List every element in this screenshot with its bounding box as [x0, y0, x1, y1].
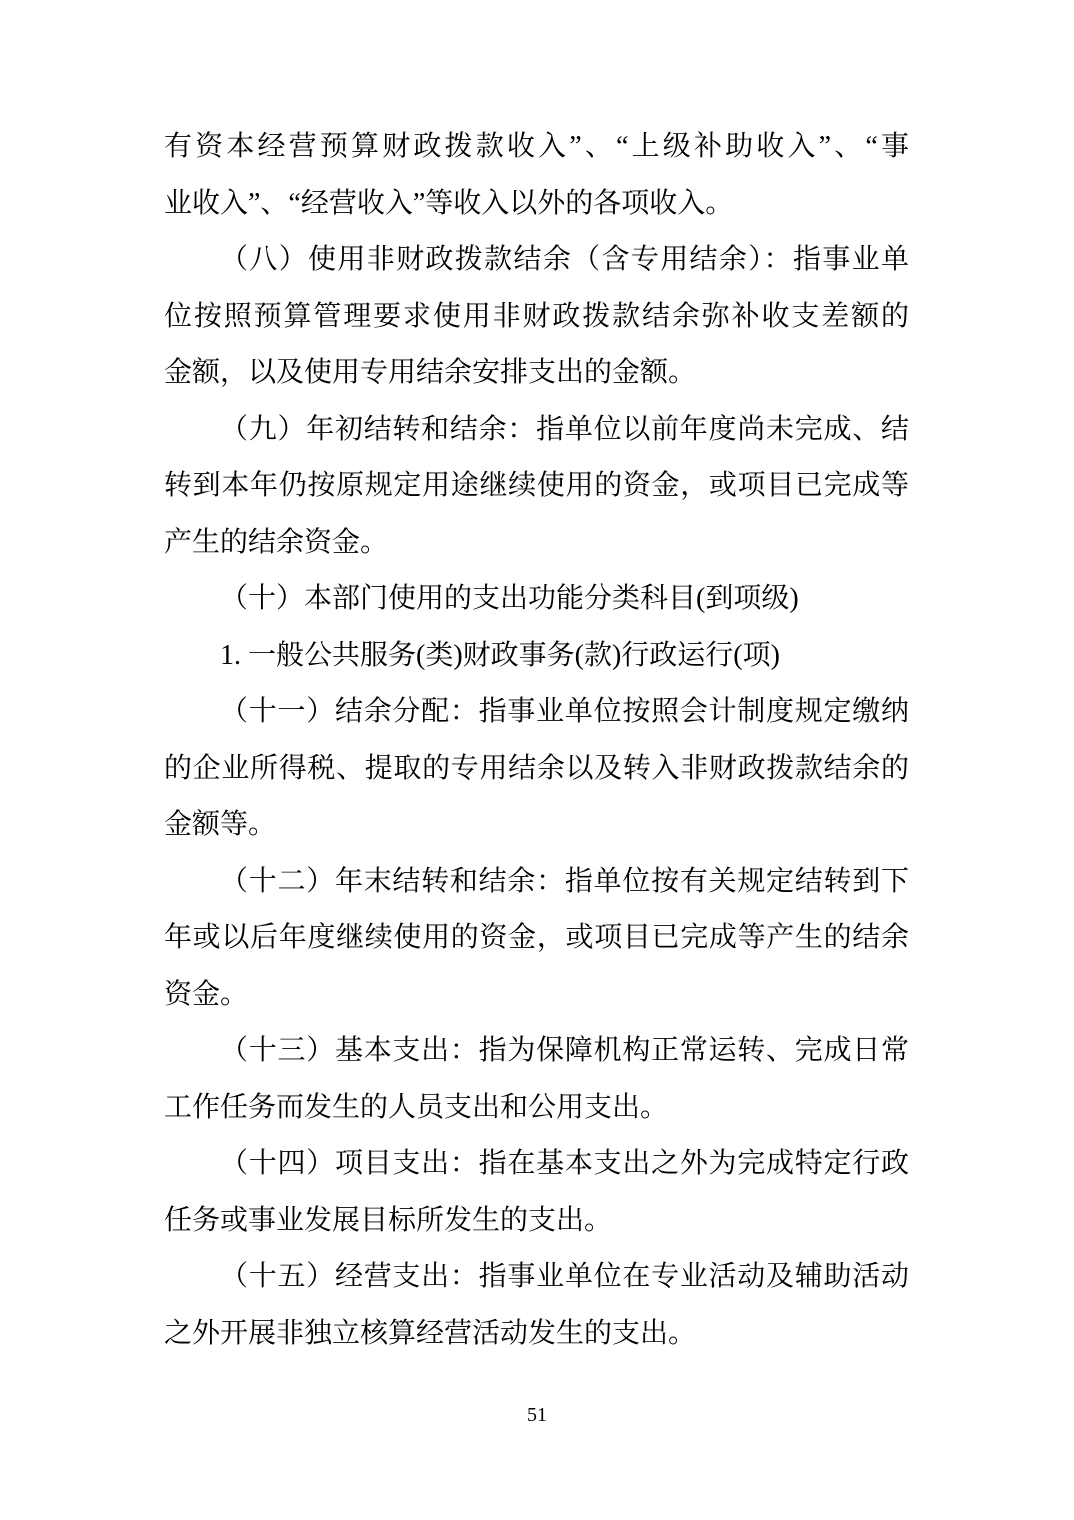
text-line: （十五）经营支出：指事业单位在专业活动及辅助活动	[164, 1249, 909, 1306]
paragraph-sub-item-1: 1. 一般公共服务(类)财政事务(款)行政运行(项)	[164, 628, 909, 685]
text-line: 1. 一般公共服务(类)财政事务(款)行政运行(项)	[164, 628, 909, 685]
text-line: （十三）基本支出：指为保障机构正常运转、完成日常	[164, 1023, 909, 1080]
text-line: 有资本经营预算财政拨款收入”、“上级补助收入”、“事	[164, 119, 909, 176]
text-line: 金额，以及使用专用结余安排支出的金额。	[164, 345, 909, 402]
text-line: （十一）结余分配：指事业单位按照会计制度规定缴纳	[164, 684, 909, 741]
text-line: 的企业所得税、提取的专用结余以及转入非财政拨款结余的	[164, 741, 909, 798]
text-line: 产生的结余资金。	[164, 515, 909, 572]
text-line: 之外开展非独立核算经营活动发生的支出。	[164, 1306, 909, 1363]
text-line: 任务或事业发展目标所发生的支出。	[164, 1193, 909, 1250]
paragraph-item-14: （十四）项目支出：指在基本支出之外为完成特定行政 任务或事业发展目标所发生的支出…	[164, 1136, 909, 1249]
text-line: （十四）项目支出：指在基本支出之外为完成特定行政	[164, 1136, 909, 1193]
paragraph-item-10: （十）本部门使用的支出功能分类科目(到项级)	[164, 571, 909, 628]
page-number: 51	[0, 1402, 1074, 1428]
text-line: 工作任务而发生的人员支出和公用支出。	[164, 1080, 909, 1137]
text-line: 业收入”、“经营收入”等收入以外的各项收入。	[164, 176, 909, 233]
paragraph-item-13: （十三）基本支出：指为保障机构正常运转、完成日常 工作任务而发生的人员支出和公用…	[164, 1023, 909, 1136]
paragraph-item-8: （八）使用非财政拨款结余（含专用结余）：指事业单 位按照预算管理要求使用非财政拨…	[164, 232, 909, 402]
paragraph-item-9: （九）年初结转和结余：指单位以前年度尚未完成、结 转到本年仍按原规定用途继续使用…	[164, 402, 909, 572]
document-page: 有资本经营预算财政拨款收入”、“上级补助收入”、“事 业收入”、“经营收入”等收…	[0, 0, 1074, 1520]
text-line: （十）本部门使用的支出功能分类科目(到项级)	[164, 571, 909, 628]
text-line: 金额等。	[164, 797, 909, 854]
text-line: （九）年初结转和结余：指单位以前年度尚未完成、结	[164, 402, 909, 459]
text-line: 资金。	[164, 967, 909, 1024]
text-block: 有资本经营预算财政拨款收入”、“上级补助收入”、“事 业收入”、“经营收入”等收…	[164, 119, 909, 1362]
text-line: （八）使用非财政拨款结余（含专用结余）：指事业单	[164, 232, 909, 289]
text-line: 转到本年仍按原规定用途继续使用的资金，或项目已完成等	[164, 458, 909, 515]
text-line: （十二）年末结转和结余：指单位按有关规定结转到下	[164, 854, 909, 911]
paragraph-continuation: 有资本经营预算财政拨款收入”、“上级补助收入”、“事 业收入”、“经营收入”等收…	[164, 119, 909, 232]
paragraph-item-11: （十一）结余分配：指事业单位按照会计制度规定缴纳 的企业所得税、提取的专用结余以…	[164, 684, 909, 854]
paragraph-item-12: （十二）年末结转和结余：指单位按有关规定结转到下 年或以后年度继续使用的资金，或…	[164, 854, 909, 1024]
paragraph-item-15: （十五）经营支出：指事业单位在专业活动及辅助活动 之外开展非独立核算经营活动发生…	[164, 1249, 909, 1362]
text-line: 位按照预算管理要求使用非财政拨款结余弥补收支差额的	[164, 289, 909, 346]
text-line: 年或以后年度继续使用的资金，或项目已完成等产生的结余	[164, 910, 909, 967]
